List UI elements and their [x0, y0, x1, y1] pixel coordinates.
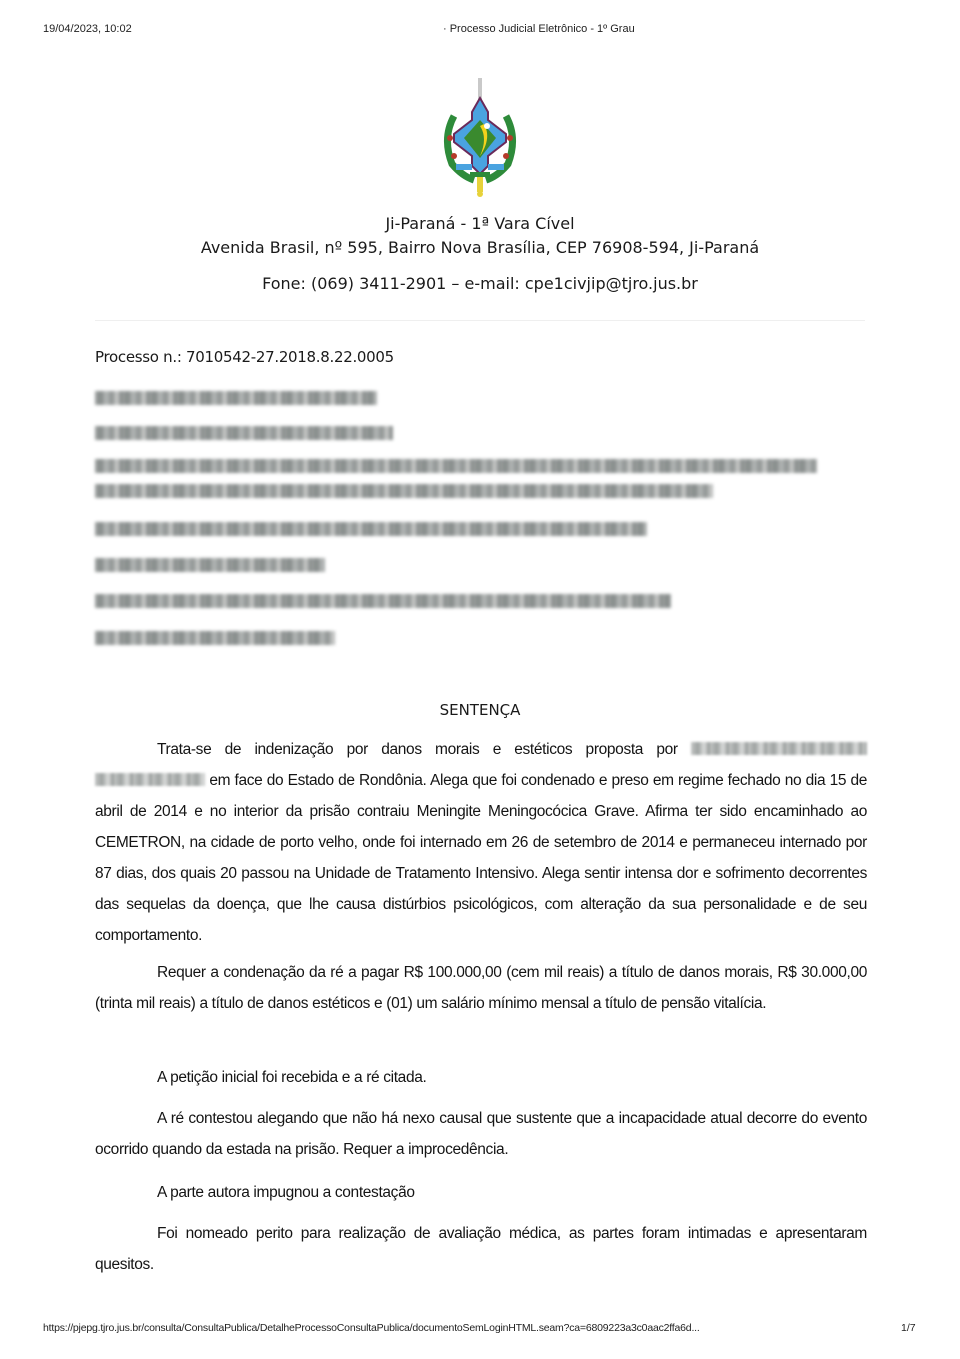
letterhead-divider — [95, 320, 865, 321]
court-contact: Fone: (069) 3411-2901 – e-mail: cpe1civj… — [0, 272, 960, 296]
redacted-line — [95, 594, 671, 608]
document-body-p2: Requer a condenação da ré a pagar R$ 100… — [95, 957, 867, 1019]
paragraph: A petição inicial foi recebida e a ré ci… — [95, 1062, 867, 1093]
document-body-p3: A petição inicial foi recebida e a ré ci… — [95, 1062, 867, 1093]
paragraph: Foi nomeado perito para realização de av… — [95, 1218, 867, 1280]
redacted-name — [691, 742, 867, 755]
process-number: Processo n.: 7010542-27.2018.8.22.0005 — [95, 348, 394, 366]
document-body-p5: A parte autora impugnou a contestação — [95, 1177, 867, 1208]
print-header: 19/04/2023, 10:02 · Processo Judicial El… — [0, 23, 960, 39]
redacted-line — [95, 631, 335, 645]
print-title: · Processo Judicial Eletrônico - 1º Grau — [443, 23, 635, 35]
rondonia-coat-of-arms-icon — [440, 76, 520, 198]
document-heading: SENTENÇA — [0, 701, 960, 719]
redacted-name — [95, 773, 205, 786]
redacted-line — [95, 558, 325, 572]
court-letterhead: Ji-Paraná - 1ª Vara Cível Avenida Brasil… — [0, 212, 960, 296]
print-datetime: 19/04/2023, 10:02 — [43, 23, 132, 35]
court-address: Avenida Brasil, nº 595, Bairro Nova Bras… — [0, 236, 960, 260]
paragraph: Trata-se de indenização por danos morais… — [95, 734, 867, 951]
redacted-line — [95, 522, 647, 536]
redacted-line — [95, 484, 713, 498]
page-url: https://pjepg.tjro.jus.br/consulta/Consu… — [43, 1322, 700, 1334]
redacted-line — [95, 426, 393, 440]
paragraph: A parte autora impugnou a contestação — [95, 1177, 867, 1208]
document-body-p4: A ré contestou alegando que não há nexo … — [95, 1103, 867, 1165]
document-body-p6: Foi nomeado perito para realização de av… — [95, 1218, 867, 1280]
document-body: Trata-se de indenização por danos morais… — [95, 734, 867, 951]
redacted-line — [95, 459, 817, 473]
redacted-line — [95, 391, 377, 405]
paragraph: A ré contestou alegando que não há nexo … — [95, 1103, 867, 1165]
paragraph: Requer a condenação da ré a pagar R$ 100… — [95, 957, 867, 1019]
page-number: 1/7 — [901, 1322, 916, 1334]
court-name: Ji-Paraná - 1ª Vara Cível — [0, 212, 960, 236]
